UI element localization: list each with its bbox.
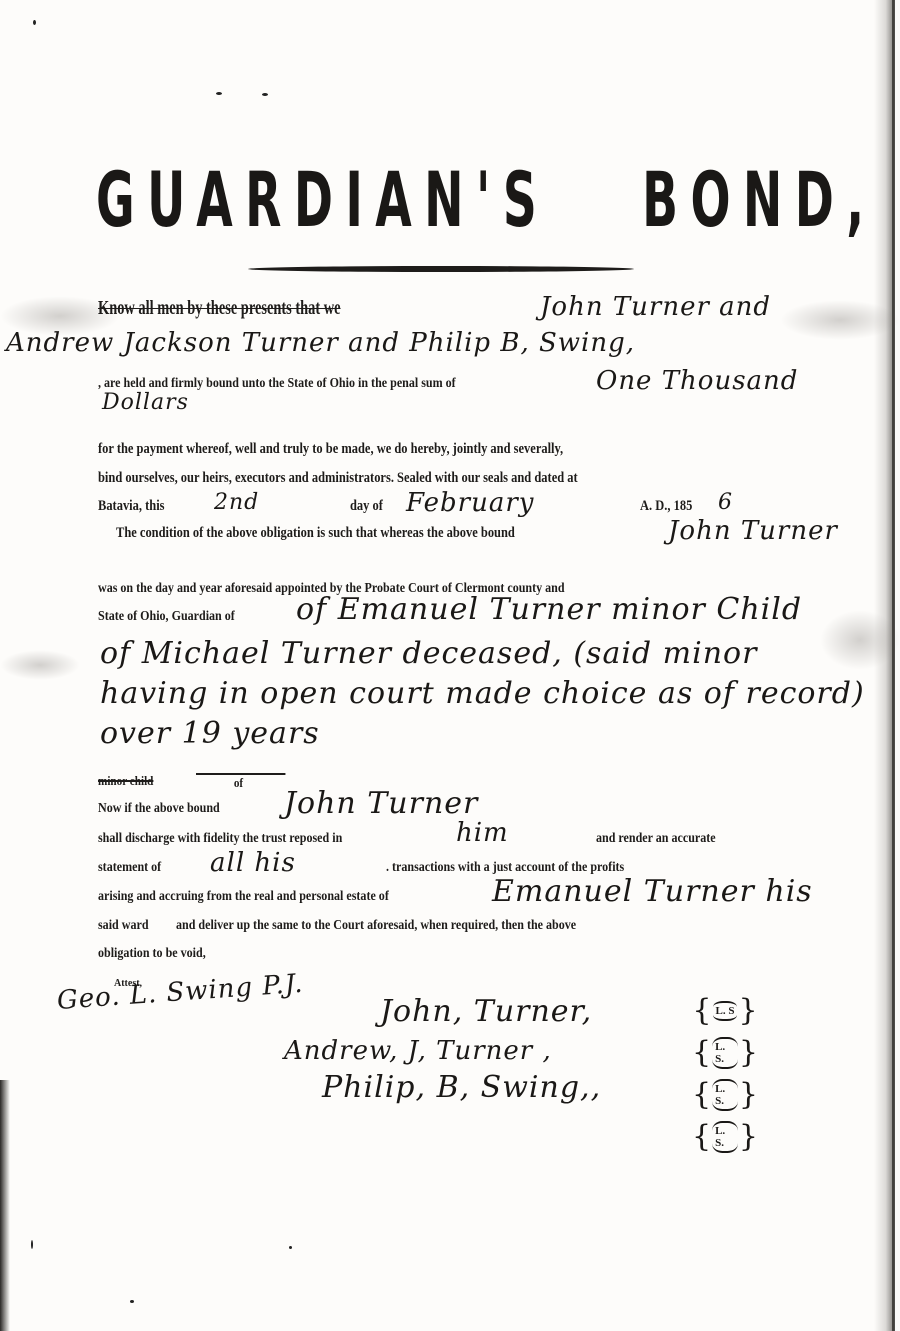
left-brace-icon: {	[692, 1080, 711, 1110]
seal-1: { L. S }	[692, 996, 758, 1026]
title-rule	[248, 266, 634, 272]
signer-3: Philip, B, Swing,,	[322, 1070, 601, 1105]
left-brace-icon: {	[692, 1038, 711, 1068]
guardian-label: State of Ohio, Guardian of	[98, 609, 235, 625]
hand-estate-name: Emanuel Turner his	[492, 874, 813, 909]
left-brace-icon: {	[692, 1122, 711, 1152]
right-brace-icon: }	[738, 996, 757, 1026]
hand-bound-name-2: John Turner	[284, 786, 478, 821]
struck-of: of	[196, 773, 285, 791]
right-brace-icon: }	[739, 1122, 758, 1152]
hand-all-his: all his	[210, 848, 296, 878]
guardians-bond-document: GUARDIAN'SBOND, Know all men by these pr…	[0, 0, 900, 1331]
hand-bound-name: John Turner	[668, 516, 838, 546]
hand-him: him	[456, 818, 509, 848]
speck	[130, 1300, 134, 1303]
hand-sum-line-2: Dollars	[102, 390, 189, 415]
scan-smudge	[780, 300, 900, 340]
hand-ward-line-4: over 19 years	[100, 716, 320, 751]
payment-line-2: bind ourselves, our heirs, executors and…	[98, 470, 578, 487]
hand-ward-line-3: having in open court made choice as of r…	[100, 676, 865, 711]
signer-2: Andrew, J, Turner ,	[284, 1036, 552, 1066]
title-part-1: GUARDIAN'S	[96, 155, 549, 244]
hand-ward-line-1: of Emanuel Turner minor Child	[296, 592, 802, 627]
discharge-label: shall discharge with fidelity the trust …	[98, 831, 342, 847]
speck	[216, 92, 222, 95]
said-ward-label: said ward	[98, 918, 149, 934]
year-label: A. D., 185	[640, 498, 692, 515]
left-brace-icon: {	[692, 996, 711, 1026]
scan-smudge	[0, 650, 80, 680]
hand-names-line-1: John Turner and	[540, 292, 771, 322]
signer-1: John, Turner,	[380, 994, 592, 1029]
statement-label: statement of	[98, 860, 161, 876]
right-brace-icon: }	[739, 1038, 758, 1068]
seal-2: { L. S. }	[692, 1038, 758, 1068]
speck	[289, 1246, 292, 1249]
now-if-label: Now if the above bound	[98, 801, 220, 817]
hand-sum-line-1: One Thousand	[596, 366, 798, 396]
condition-line-1: The condition of the above obligation is…	[116, 525, 515, 542]
place-label: Batavia, this	[98, 498, 165, 515]
preamble-intro: Know all men by these presents that we	[98, 297, 341, 320]
document-title: GUARDIAN'SBOND,	[96, 160, 518, 240]
arising-label: arising and accruing from the real and p…	[98, 889, 389, 905]
hand-month: February	[406, 488, 534, 518]
speck	[31, 1240, 33, 1249]
scan-smudge	[820, 610, 900, 670]
seal-column: { L. S } { L. S. } { L. S. } { L. S. }	[692, 996, 758, 1164]
day-of-label: day of	[350, 498, 383, 515]
struck-minor-child: minor child	[98, 773, 153, 789]
title-part-2: BOND,	[642, 155, 876, 244]
hand-ward-line-2: of Michael Turner deceased, (said minor	[100, 636, 757, 671]
hand-names-line-2: Andrew Jackson Turner and Philip B, Swin…	[6, 328, 635, 358]
scan-left-edge	[0, 1080, 10, 1331]
hand-year-digit: 6	[718, 490, 733, 515]
render-label: and render an accurate	[596, 831, 716, 847]
void-label: obligation to be void,	[98, 946, 206, 962]
speck	[33, 20, 36, 25]
payment-line-1: for the payment whereof, well and truly …	[98, 441, 563, 458]
hand-attest-signer: Geo. L. Swing P.J.	[56, 969, 304, 1016]
seal-3: { L. S. }	[692, 1080, 758, 1110]
seal-4: { L. S. }	[692, 1122, 758, 1152]
right-brace-icon: }	[739, 1080, 758, 1110]
hand-day: 2nd	[214, 490, 259, 515]
deliver-label: and deliver up the same to the Court afo…	[176, 918, 576, 934]
speck	[262, 93, 268, 96]
